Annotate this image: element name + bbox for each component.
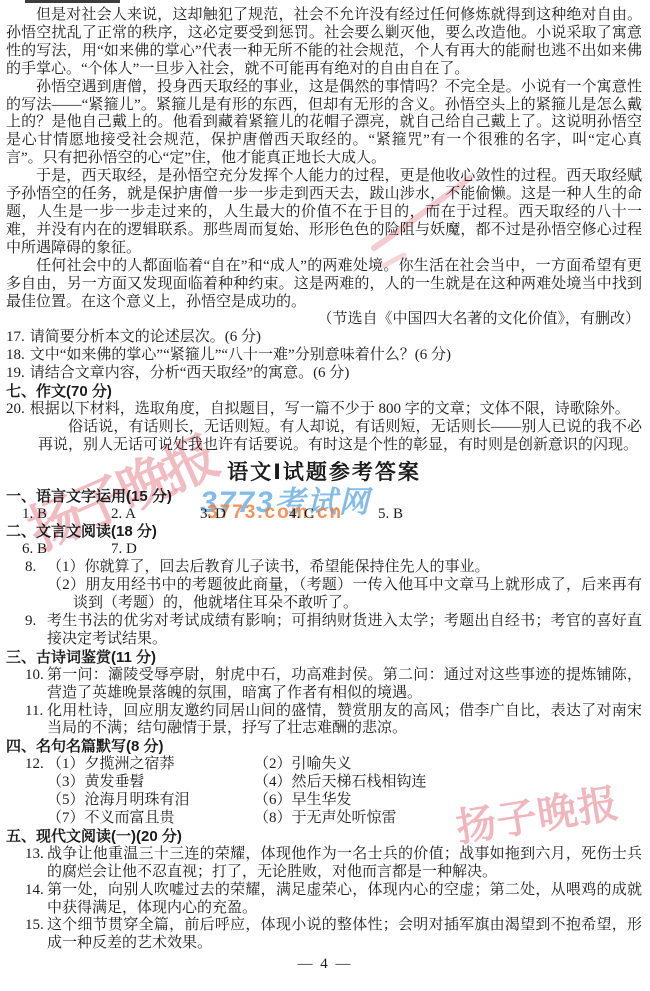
answer-6: 6. B xyxy=(22,541,111,559)
passage-paragraph-2: 孙悟空遇到唐僧，投身西天取经的事业，这是偶然的事情吗？不完全是。小说有一个寓意性… xyxy=(6,79,642,169)
answer-15-text: 这个细节贯穿全篇，前后呼应，体现小说的整体性；会明对插军旗由渴望到不抱希望，形成… xyxy=(47,917,642,953)
section-5-heading: 五、现代文阅读(一)(20 分) xyxy=(6,828,642,846)
answer-11-text: 化用杜诗，回应朋友邀约同居山间的盛情，赞赏朋友的高风；借李广自比，表达了对南宋当… xyxy=(47,703,642,739)
question-18: 18.文中“如来佛的掌心”“紧箍儿”“八十一难”分别意味着什么？(6 分) xyxy=(6,347,642,365)
essay-material: 俗话说，有话则长，无话则短。有人却说，有话则短，无话则长——别人已说的我不必再说… xyxy=(38,419,642,455)
answer-12-7: （7）不义而富且贵 xyxy=(47,810,254,828)
question-20-number: 20. xyxy=(6,401,25,417)
section-2-choice-answers: 6. B7. D xyxy=(6,541,642,559)
passage-attribution: （节选自《中国四大名著的文化价值》，有删改） xyxy=(6,311,642,329)
section-3-heading: 三、古诗词鉴赏(11 分) xyxy=(6,649,642,667)
answer-12-5: （5）沧海月明珠有泪 xyxy=(47,792,254,810)
answer-12-6: （6）早生华发 xyxy=(254,792,352,810)
question-17: 17.请简要分析本文的论述层次。(6 分) xyxy=(6,329,642,347)
question-19: 19.请结合文章内容，分析“西天取经”的寓意。(6 分) xyxy=(6,365,642,383)
answer-12-2: （2）引喻失义 xyxy=(254,756,352,774)
answer-12-row: （7）不义而富且贵（8）于无声处听惊雷 xyxy=(47,810,642,828)
question-19-text: 请结合文章内容，分析“西天取经”的寓意。(6 分) xyxy=(30,365,350,381)
question-17-number: 17. xyxy=(6,329,25,345)
section-2-heading: 二、文言文阅读(18 分) xyxy=(6,523,642,541)
answer-10-text: 第一问：灞陵受辱亭尉，射虎中石，功高难封侯。第二问：通过对这些事迹的提炼铺陈，营… xyxy=(47,667,642,703)
passage: 但是对社会人来说，这却触犯了规范，社会不允许没有经过任何修炼就得到这种绝对自由。… xyxy=(6,7,642,329)
answer-12-8: （8）于无声处听惊雷 xyxy=(254,810,397,828)
question-17-text: 请简要分析本文的论述层次。(6 分) xyxy=(30,329,261,345)
answer-12-row: （3）黄发垂髫（4）然后天梯石栈相钩连 xyxy=(47,774,642,792)
scan-artifact-line xyxy=(25,0,120,3)
answer-12-3: （3）黄发垂髫 xyxy=(47,774,254,792)
passage-paragraph-1: 但是对社会人来说，这却触犯了规范，社会不允许没有经过任何修炼就得到这种绝对自由。… xyxy=(6,7,642,79)
passage-paragraph-4: 任何社会中的人都面临着“自在”和“成人”的两难处境。你生活在社会当中，一方面希望… xyxy=(6,258,642,312)
answer-11-number: 11. xyxy=(25,703,43,721)
answer-3: 3. D xyxy=(200,506,289,524)
answer-15-number: 15. xyxy=(25,917,44,935)
answer-14-number: 14. xyxy=(25,882,44,900)
section-1-choice-answers: 1. B2. A3. D4. C5. B xyxy=(6,506,642,524)
question-18-text: 文中“如来佛的掌心”“紧箍儿”“八十一难”分别意味着什么？(6 分) xyxy=(30,347,451,363)
answer-12-4: （4）然后天梯石栈相钩连 xyxy=(254,774,427,792)
section-1-heading: 一、语言文字运用(15 分) xyxy=(6,488,642,506)
answer-7: 7. D xyxy=(111,541,200,559)
answer-12-row: （5）沧海月明珠有泪（6）早生华发 xyxy=(47,792,642,810)
exam-answer-page: 扬子晚报 扬子晚报 3773考试网 3773.com.cn 但是对社会人来说，这… xyxy=(0,0,650,991)
answer-1: 1. B xyxy=(22,506,111,524)
answer-8-part-1: （1）你就算了，回去后教育儿子读书，希望能保持住先人的事业。 xyxy=(47,559,642,577)
section-4-heading: 四、名句名篇默写(8 分) xyxy=(6,738,642,756)
answer-12-list: （1）夕揽洲之宿莽（2）引喻失义 （3）黄发垂髫（4）然后天梯石栈相钩连 （5）… xyxy=(47,756,642,828)
question-18-number: 18. xyxy=(6,347,25,363)
answer-12-1: （1）夕揽洲之宿莽 xyxy=(47,756,254,774)
passage-paragraph-3: 于是，西天取经，是孙悟空充分发挥个人能力的过程，更是他收心敛性的过程。西天取经赋… xyxy=(6,168,642,258)
answer-13: 13. 战争让他重温三十三连的荣耀，体现他作为一名士兵的价值；战事如拖到六月，死… xyxy=(6,846,642,882)
question-20: 20.根据以下材料，选取角度，自拟题目，写一篇不少于 800 字的文章；文体不限… xyxy=(6,401,642,419)
essay-section-heading: 七、作文(70 分) xyxy=(6,383,642,401)
answer-9-text: 考生书法的优劣对考试成绩有影响；可捐纳财货进入太学；考题出自经书；考官的喜好直接… xyxy=(47,613,642,649)
answer-9: 9. 考生书法的优劣对考试成绩有影响；可捐纳财货进入太学；考题出自经书；考官的喜… xyxy=(6,613,642,649)
answer-13-text: 战争让他重温三十三连的荣耀，体现他作为一名士兵的价值；战事如拖到六月，死伤士兵的… xyxy=(47,846,642,882)
answer-10: 10. 第一问：灞陵受辱亭尉，射虎中石，功高难封侯。第二问：通过对这些事迹的提炼… xyxy=(6,667,642,703)
question-19-number: 19. xyxy=(6,365,25,381)
answer-4: 4. C xyxy=(289,506,378,524)
answer-12: 12. （1）夕揽洲之宿莽（2）引喻失义 （3）黄发垂髫（4）然后天梯石栈相钩连… xyxy=(6,756,642,828)
answer-2: 2. A xyxy=(111,506,200,524)
answer-14: 14. 第一处，向别人吹嘘过去的荣耀，满足虚荣心，体现内心的空虚；第二处，从喂鸡… xyxy=(6,882,642,918)
question-20-text: 根据以下材料，选取角度，自拟题目，写一篇不少于 800 字的文章；文体不限，诗歌… xyxy=(30,401,630,417)
answer-8-part-2: （2）朋友用经书中的考题彼此商量，（考题）一传入他耳中文章马上就形成了，后来再有… xyxy=(47,577,642,613)
page-number: — 4 — xyxy=(0,956,650,973)
answer-12-number: 12. xyxy=(25,756,44,774)
answer-key-title: 语文Ⅰ试题参考答案 xyxy=(6,461,642,485)
answer-10-number: 10. xyxy=(25,667,44,685)
answer-15: 15. 这个细节贯穿全篇，前后呼应，体现小说的整体性；会明对插军旗由渴望到不抱希… xyxy=(6,917,642,953)
answer-14-text: 第一处，向别人吹嘘过去的荣耀，满足虚荣心，体现内心的空虚；第二处，从喂鸡的成就中… xyxy=(47,882,642,918)
answer-11: 11. 化用杜诗，回应朋友邀约同居山间的盛情，赞赏朋友的高风；借李广自比，表达了… xyxy=(6,703,642,739)
answer-5: 5. B xyxy=(378,506,467,524)
answer-12-row: （1）夕揽洲之宿莽（2）引喻失义 xyxy=(47,756,642,774)
answer-8: 8. （1）你就算了，回去后教育儿子读书，希望能保持住先人的事业。 （2）朋友用… xyxy=(6,559,642,613)
answer-13-number: 13. xyxy=(25,846,44,864)
answer-8-number: 8. xyxy=(25,559,36,577)
answer-9-number: 9. xyxy=(25,613,36,631)
